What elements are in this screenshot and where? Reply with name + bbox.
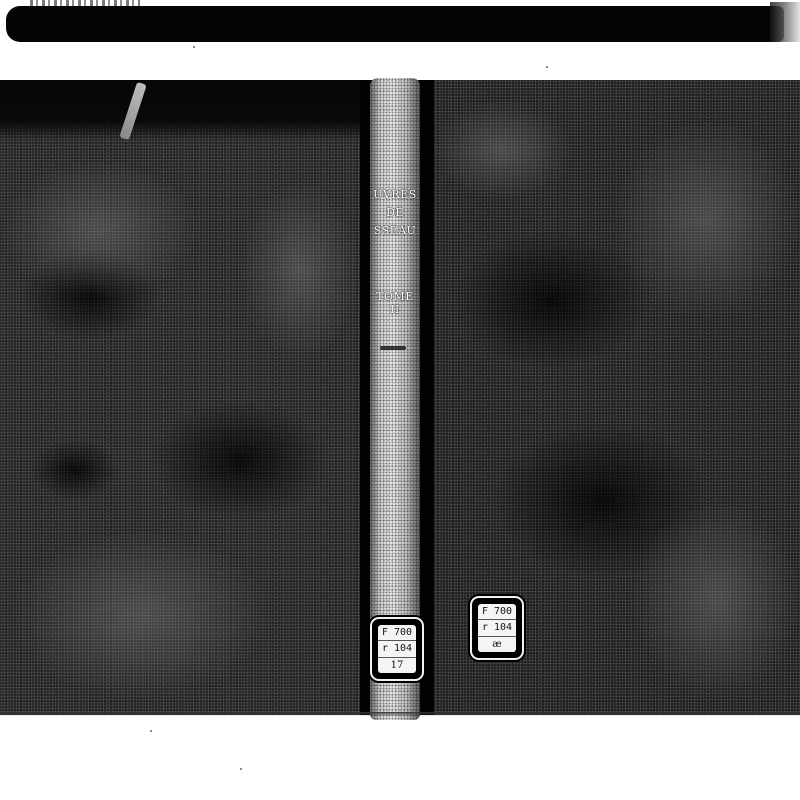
dust-speck	[150, 730, 152, 732]
spine-decoration	[380, 346, 406, 350]
stain	[150, 400, 330, 520]
shelf-label-row: r 104	[378, 641, 416, 657]
spine-title-line: UVRES	[370, 188, 420, 201]
shelf-label-row: 17	[378, 658, 416, 673]
spine-title-line: SSEAU	[370, 224, 420, 237]
shelf-label-row: F 700	[378, 625, 416, 641]
dust-speck	[546, 66, 548, 68]
back-cover	[0, 80, 368, 715]
light-patch	[0, 160, 200, 300]
shelf-label-front: F 700 r 104 æ	[470, 596, 524, 660]
top-strip-edge	[770, 2, 800, 42]
shelf-label-paper: F 700 r 104 æ	[478, 604, 516, 652]
shelf-label-row: F 700	[478, 604, 516, 620]
dust-speck	[193, 46, 195, 48]
shelf-label-row: æ	[478, 637, 516, 652]
bottom-edge-shadow	[0, 712, 800, 716]
spine-title-line: DE	[370, 206, 420, 219]
light-patch	[10, 530, 270, 700]
shelf-label-spine: F 700 r 104 17	[370, 617, 424, 681]
top-strip-specks	[30, 0, 140, 6]
spine-volume: TOME II	[370, 290, 420, 316]
light-patch	[632, 500, 800, 700]
shelf-label-row: r 104	[478, 620, 516, 636]
top-strip	[6, 6, 784, 42]
back-cover-top-band	[0, 80, 368, 140]
stain	[30, 440, 120, 500]
shelf-label-paper: F 700 r 104 17	[378, 625, 416, 673]
dust-speck	[240, 768, 242, 770]
light-patch	[612, 120, 800, 320]
light-patch	[432, 100, 572, 200]
light-patch	[240, 180, 360, 360]
